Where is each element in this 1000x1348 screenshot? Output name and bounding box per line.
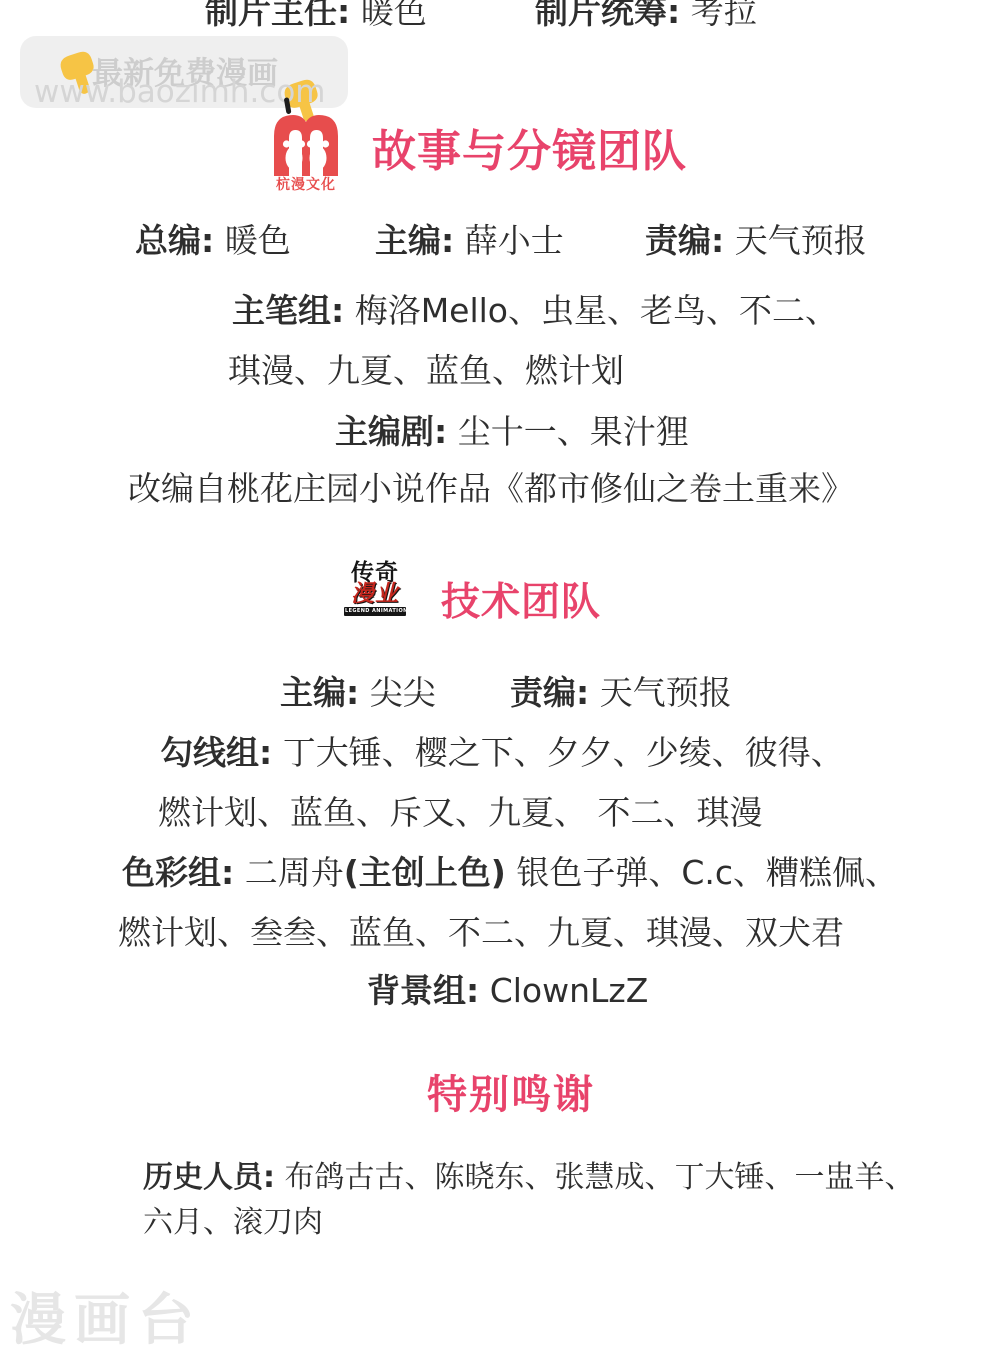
- background-group-value: ClownLzZ: [479, 971, 648, 1010]
- color-group-line2: 燃计划、叁叁、蓝鱼、不二、九夏、琪漫、双犬君: [118, 913, 844, 953]
- line-group-line1: 勾线组: 丁大锤、樱之下、夕夕、少绫、彼得、: [160, 733, 844, 773]
- tech-responsible-editor-credit: 责编: 天气预报: [510, 673, 732, 713]
- history-members-label: 历史人员:: [143, 1160, 275, 1195]
- pencil-group-names1: 梅洛Mello、虫星、老鸟、不二、: [344, 291, 838, 330]
- tech-team-heading: 技术团队: [441, 583, 601, 622]
- history-members-names1: 布鸽古古、陈晓东、张慧成、丁大锤、一盅羊、: [275, 1160, 915, 1195]
- producer-value: 暖色: [350, 0, 427, 31]
- color-group-lead: 二周舟: [234, 853, 344, 892]
- background-group-credit: 背景组: ClownLzZ: [367, 971, 648, 1011]
- managing-editor-label: 主编:: [375, 221, 454, 260]
- special-thanks-heading: 特别鸣谢: [427, 1075, 595, 1115]
- coordinator-label: 制片统筹:: [535, 0, 680, 31]
- credits-page: 制片主任: 暖色 制片统筹: 考拉 最新免费漫画 www.baozimh.com: [0, 0, 1000, 1348]
- line-group-label: 勾线组:: [160, 733, 272, 772]
- color-group-names1: 银色子弹、C.c、糟糕佩、: [506, 853, 898, 892]
- responsible-editor-label: 责编:: [645, 221, 724, 260]
- chief-editor-label: 总编:: [135, 221, 214, 260]
- pencil-group-label: 主笔组:: [232, 291, 344, 330]
- history-members-line2: 六月、滚刀肉: [143, 1205, 323, 1241]
- line-group-line2: 燃计划、蓝鱼、斥又、九夏、 不二、琪漫: [158, 793, 763, 833]
- chief-editor-value: 暖色: [214, 221, 291, 260]
- history-members-line1: 历史人员: 布鸽古古、陈晓东、张慧成、丁大锤、一盅羊、: [143, 1160, 915, 1196]
- tech-managing-editor-credit: 主编: 尖尖: [280, 673, 436, 713]
- screenwriter-names: 尘十一、果汁狸: [447, 412, 689, 451]
- tech-responsible-editor-value: 天气预报: [589, 673, 732, 712]
- screenwriter-label: 主编剧:: [335, 412, 447, 451]
- screenwriter-credit: 主编剧: 尘十一、果汁狸: [335, 412, 689, 452]
- logo2-banner: LEGEND ANIMATION INDUSTRY: [344, 607, 406, 616]
- line-group-names1: 丁大锤、樱之下、夕夕、少绫、彼得、: [272, 733, 844, 772]
- color-group-label: 色彩组:: [122, 853, 234, 892]
- producer-label: 制片主任:: [205, 0, 350, 31]
- producer-credit: 制片主任: 暖色: [205, 0, 427, 32]
- pencil-group-line2: 琪漫、九夏、蓝鱼、燃计划: [228, 351, 624, 391]
- coordinator-value: 考拉: [680, 0, 757, 31]
- pencil-group-line1: 主笔组: 梅洛Mello、虫星、老鸟、不二、: [232, 291, 838, 331]
- chief-editor-credit: 总编: 暖色: [135, 221, 291, 261]
- responsible-editor-credit: 责编: 天气预报: [645, 221, 867, 261]
- tech-managing-editor-label: 主编:: [280, 673, 359, 712]
- color-group-lead-note: (主创上色): [344, 853, 506, 892]
- tech-managing-editor-value: 尖尖: [359, 673, 436, 712]
- logo2-line2: 漫业: [344, 583, 406, 606]
- legend-animation-logo: 传奇 漫业 LEGEND ANIMATION INDUSTRY: [344, 562, 406, 616]
- managing-editor-value: 薛小士: [454, 221, 564, 260]
- color-group-line1: 色彩组: 二周舟(主创上色) 银色子弹、C.c、糟糕佩、: [122, 853, 898, 893]
- adaptation-note: 改编自桃花庄园小说作品《都市修仙之卷土重来》: [128, 469, 854, 509]
- managing-editor-credit: 主编: 薛小士: [375, 221, 564, 261]
- background-group-label: 背景组:: [367, 971, 479, 1010]
- coordinator-credit: 制片统筹: 考拉: [535, 0, 757, 32]
- tech-responsible-editor-label: 责编:: [510, 673, 589, 712]
- manhuatai-watermark: 漫画台: [10, 1276, 202, 1348]
- responsible-editor-value: 天气预报: [724, 221, 867, 260]
- hangman-culture-logo: 杭漫文化: [264, 96, 348, 196]
- story-team-heading: 故事与分镜团队: [372, 130, 687, 174]
- logo-caption: 杭漫文化: [264, 174, 348, 194]
